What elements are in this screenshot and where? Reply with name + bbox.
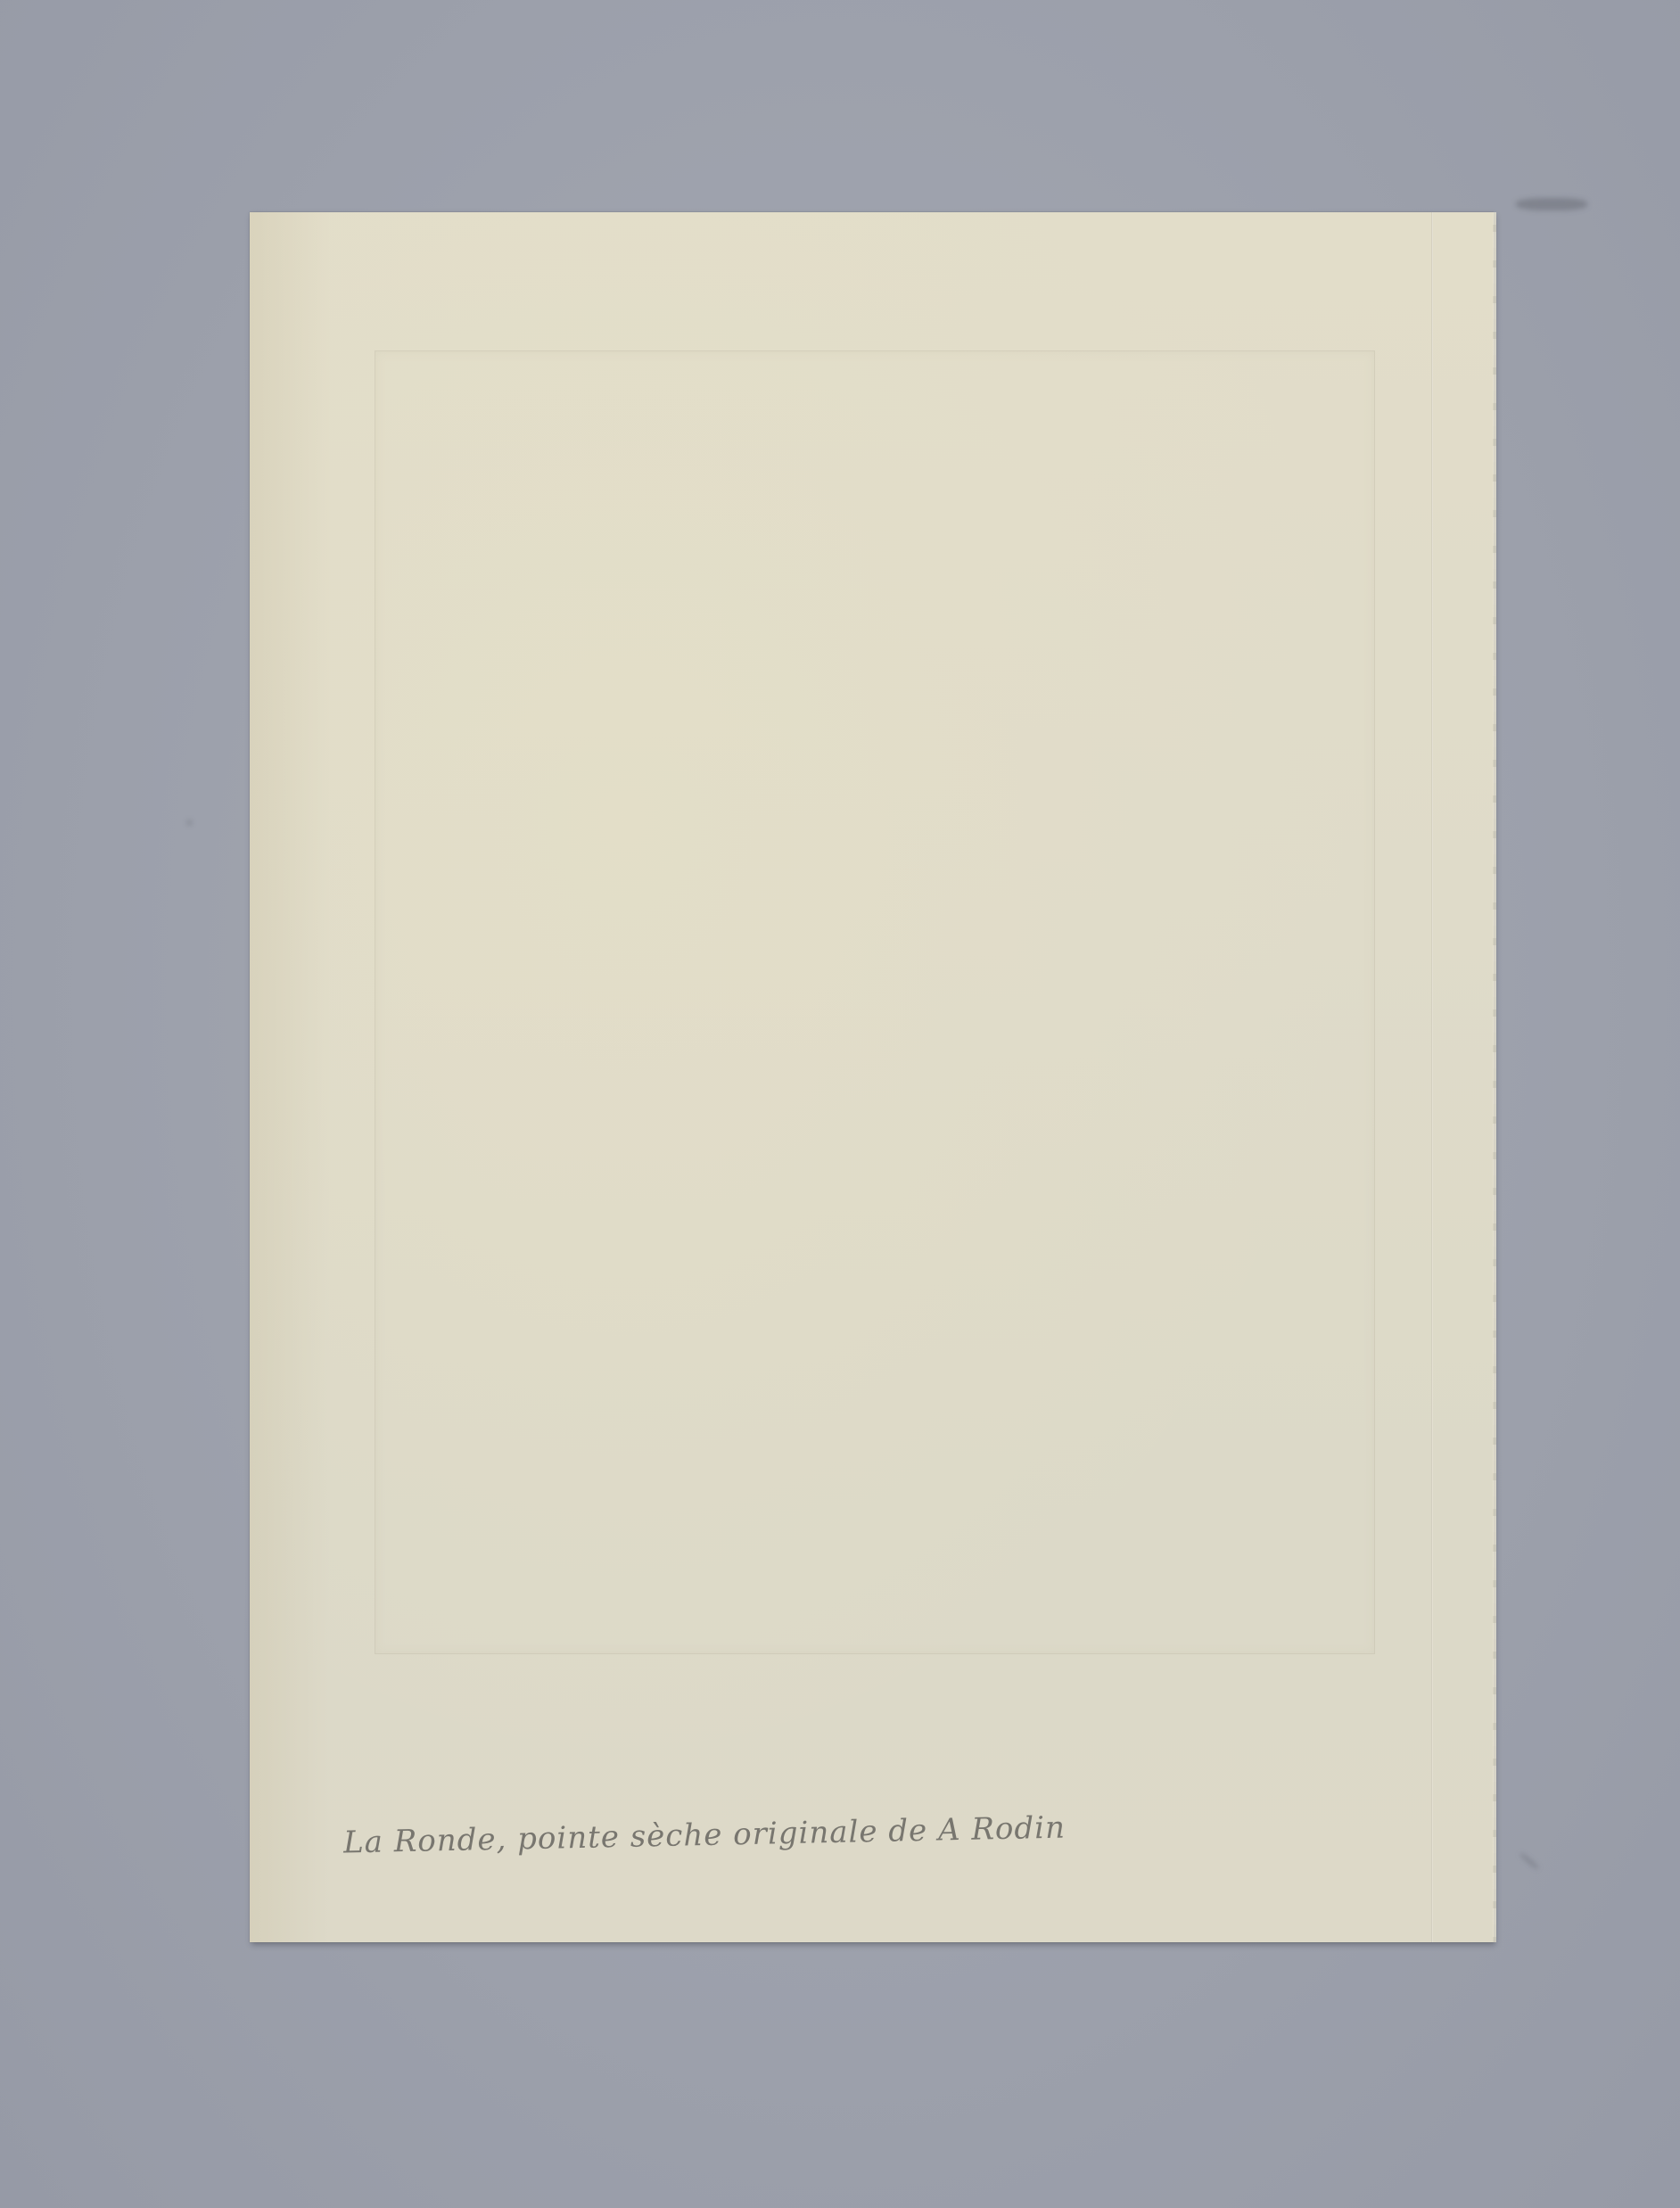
surface-scratch	[1519, 1852, 1539, 1870]
handwritten-inscription: La Ronde, pointe sèche originale de A Ro…	[343, 1810, 1066, 1861]
surface-smudge	[1516, 198, 1587, 210]
paper-edge-shading	[250, 212, 330, 1942]
plate-mark-impression	[375, 350, 1375, 1654]
paper-sheet: La Ronde, pointe sèche originale de A Ro…	[250, 212, 1494, 1942]
surface-speck	[187, 820, 192, 825]
paper-fold-line	[1431, 212, 1433, 1942]
